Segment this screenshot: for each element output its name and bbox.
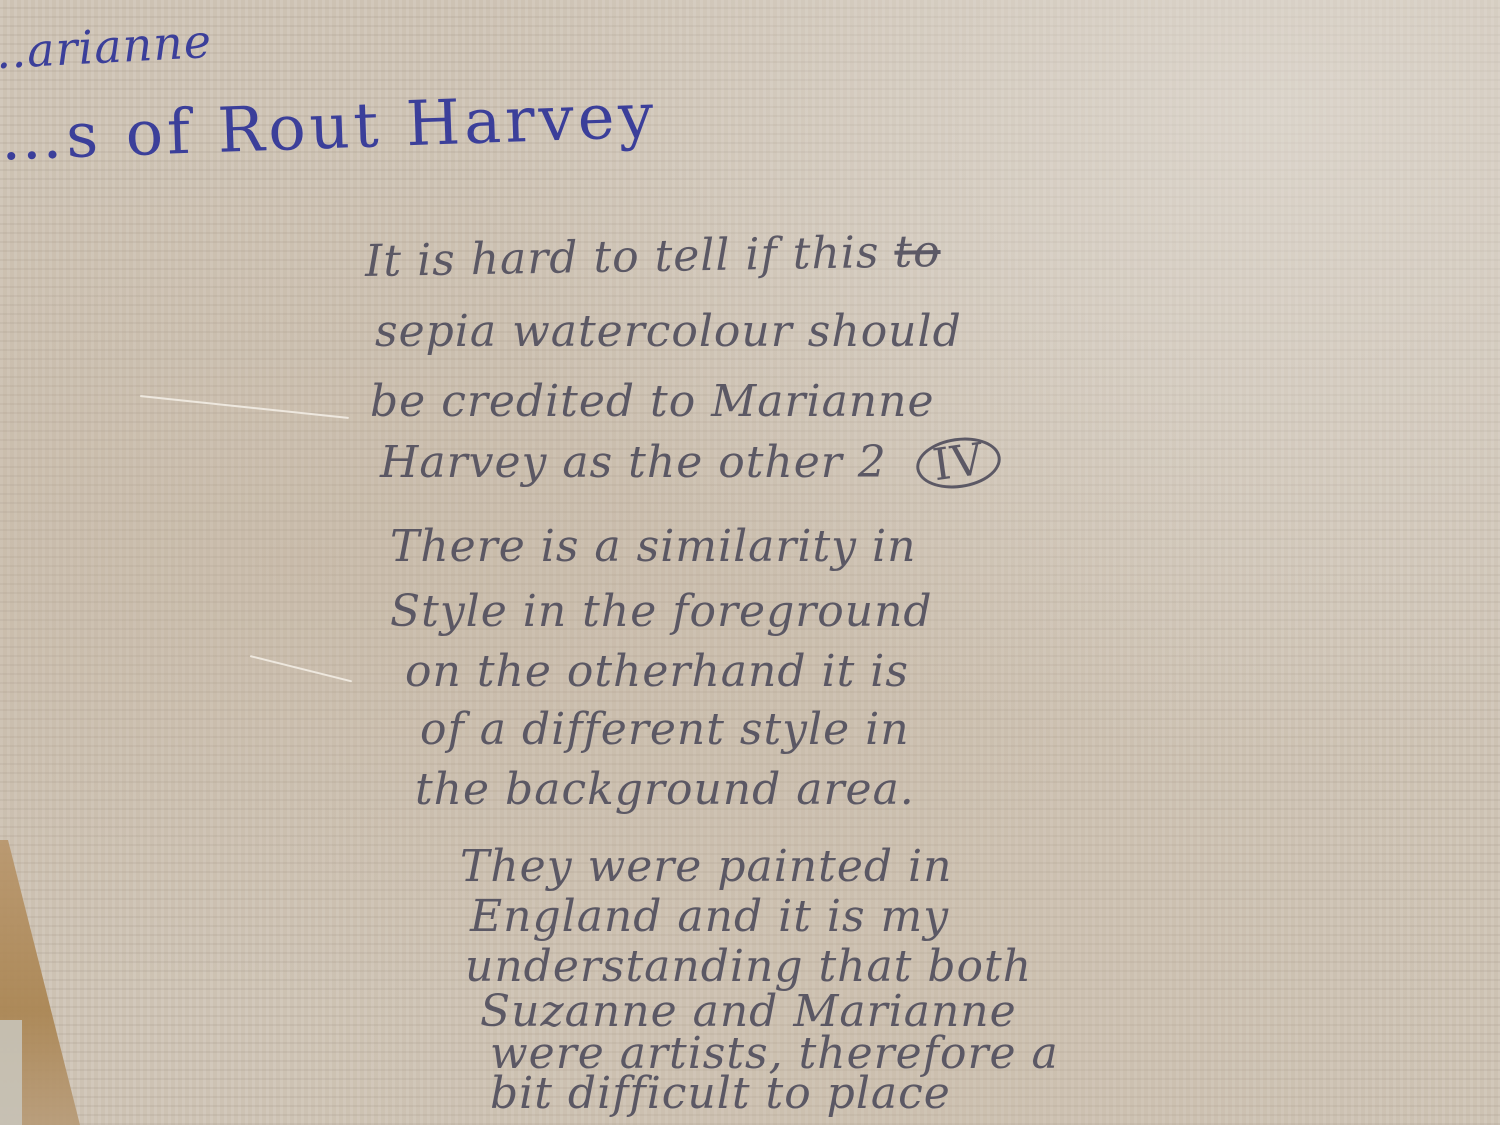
note-line: of a different style in <box>420 708 910 752</box>
stain-mark-light <box>0 1020 22 1125</box>
note-line: bit difficult to place <box>490 1072 951 1116</box>
paper-crease <box>140 395 349 419</box>
note-line: Style in the foreground <box>390 590 933 634</box>
note-line: the background area. <box>415 768 915 812</box>
note-line: be credited to Marianne <box>370 380 935 424</box>
note-text: Harvey as the other 2 <box>380 437 887 488</box>
header-line-1: …arianne <box>0 14 213 80</box>
circled-mark: IV <box>913 432 1004 493</box>
note-line: Harvey as the other 2 IV <box>380 438 1001 488</box>
note-line: They were painted in <box>460 845 952 889</box>
note-line: England and it is my <box>470 895 949 939</box>
paper-background: …arianne …s of Rout Harvey It is hard to… <box>0 0 1500 1125</box>
note-line: It is hard to tell if this to <box>365 230 941 284</box>
note-line: understanding that both <box>465 945 1032 989</box>
note-line: There is a similarity in <box>390 525 916 569</box>
header-line-2: …s of Rout Harvey <box>0 79 659 175</box>
struck-word: to <box>894 226 941 278</box>
note-line: on the otherhand it is <box>405 650 909 694</box>
note-text: It is hard to tell if this <box>365 227 880 287</box>
paper-crease <box>250 655 352 682</box>
note-line: sepia watercolour should <box>375 310 962 354</box>
